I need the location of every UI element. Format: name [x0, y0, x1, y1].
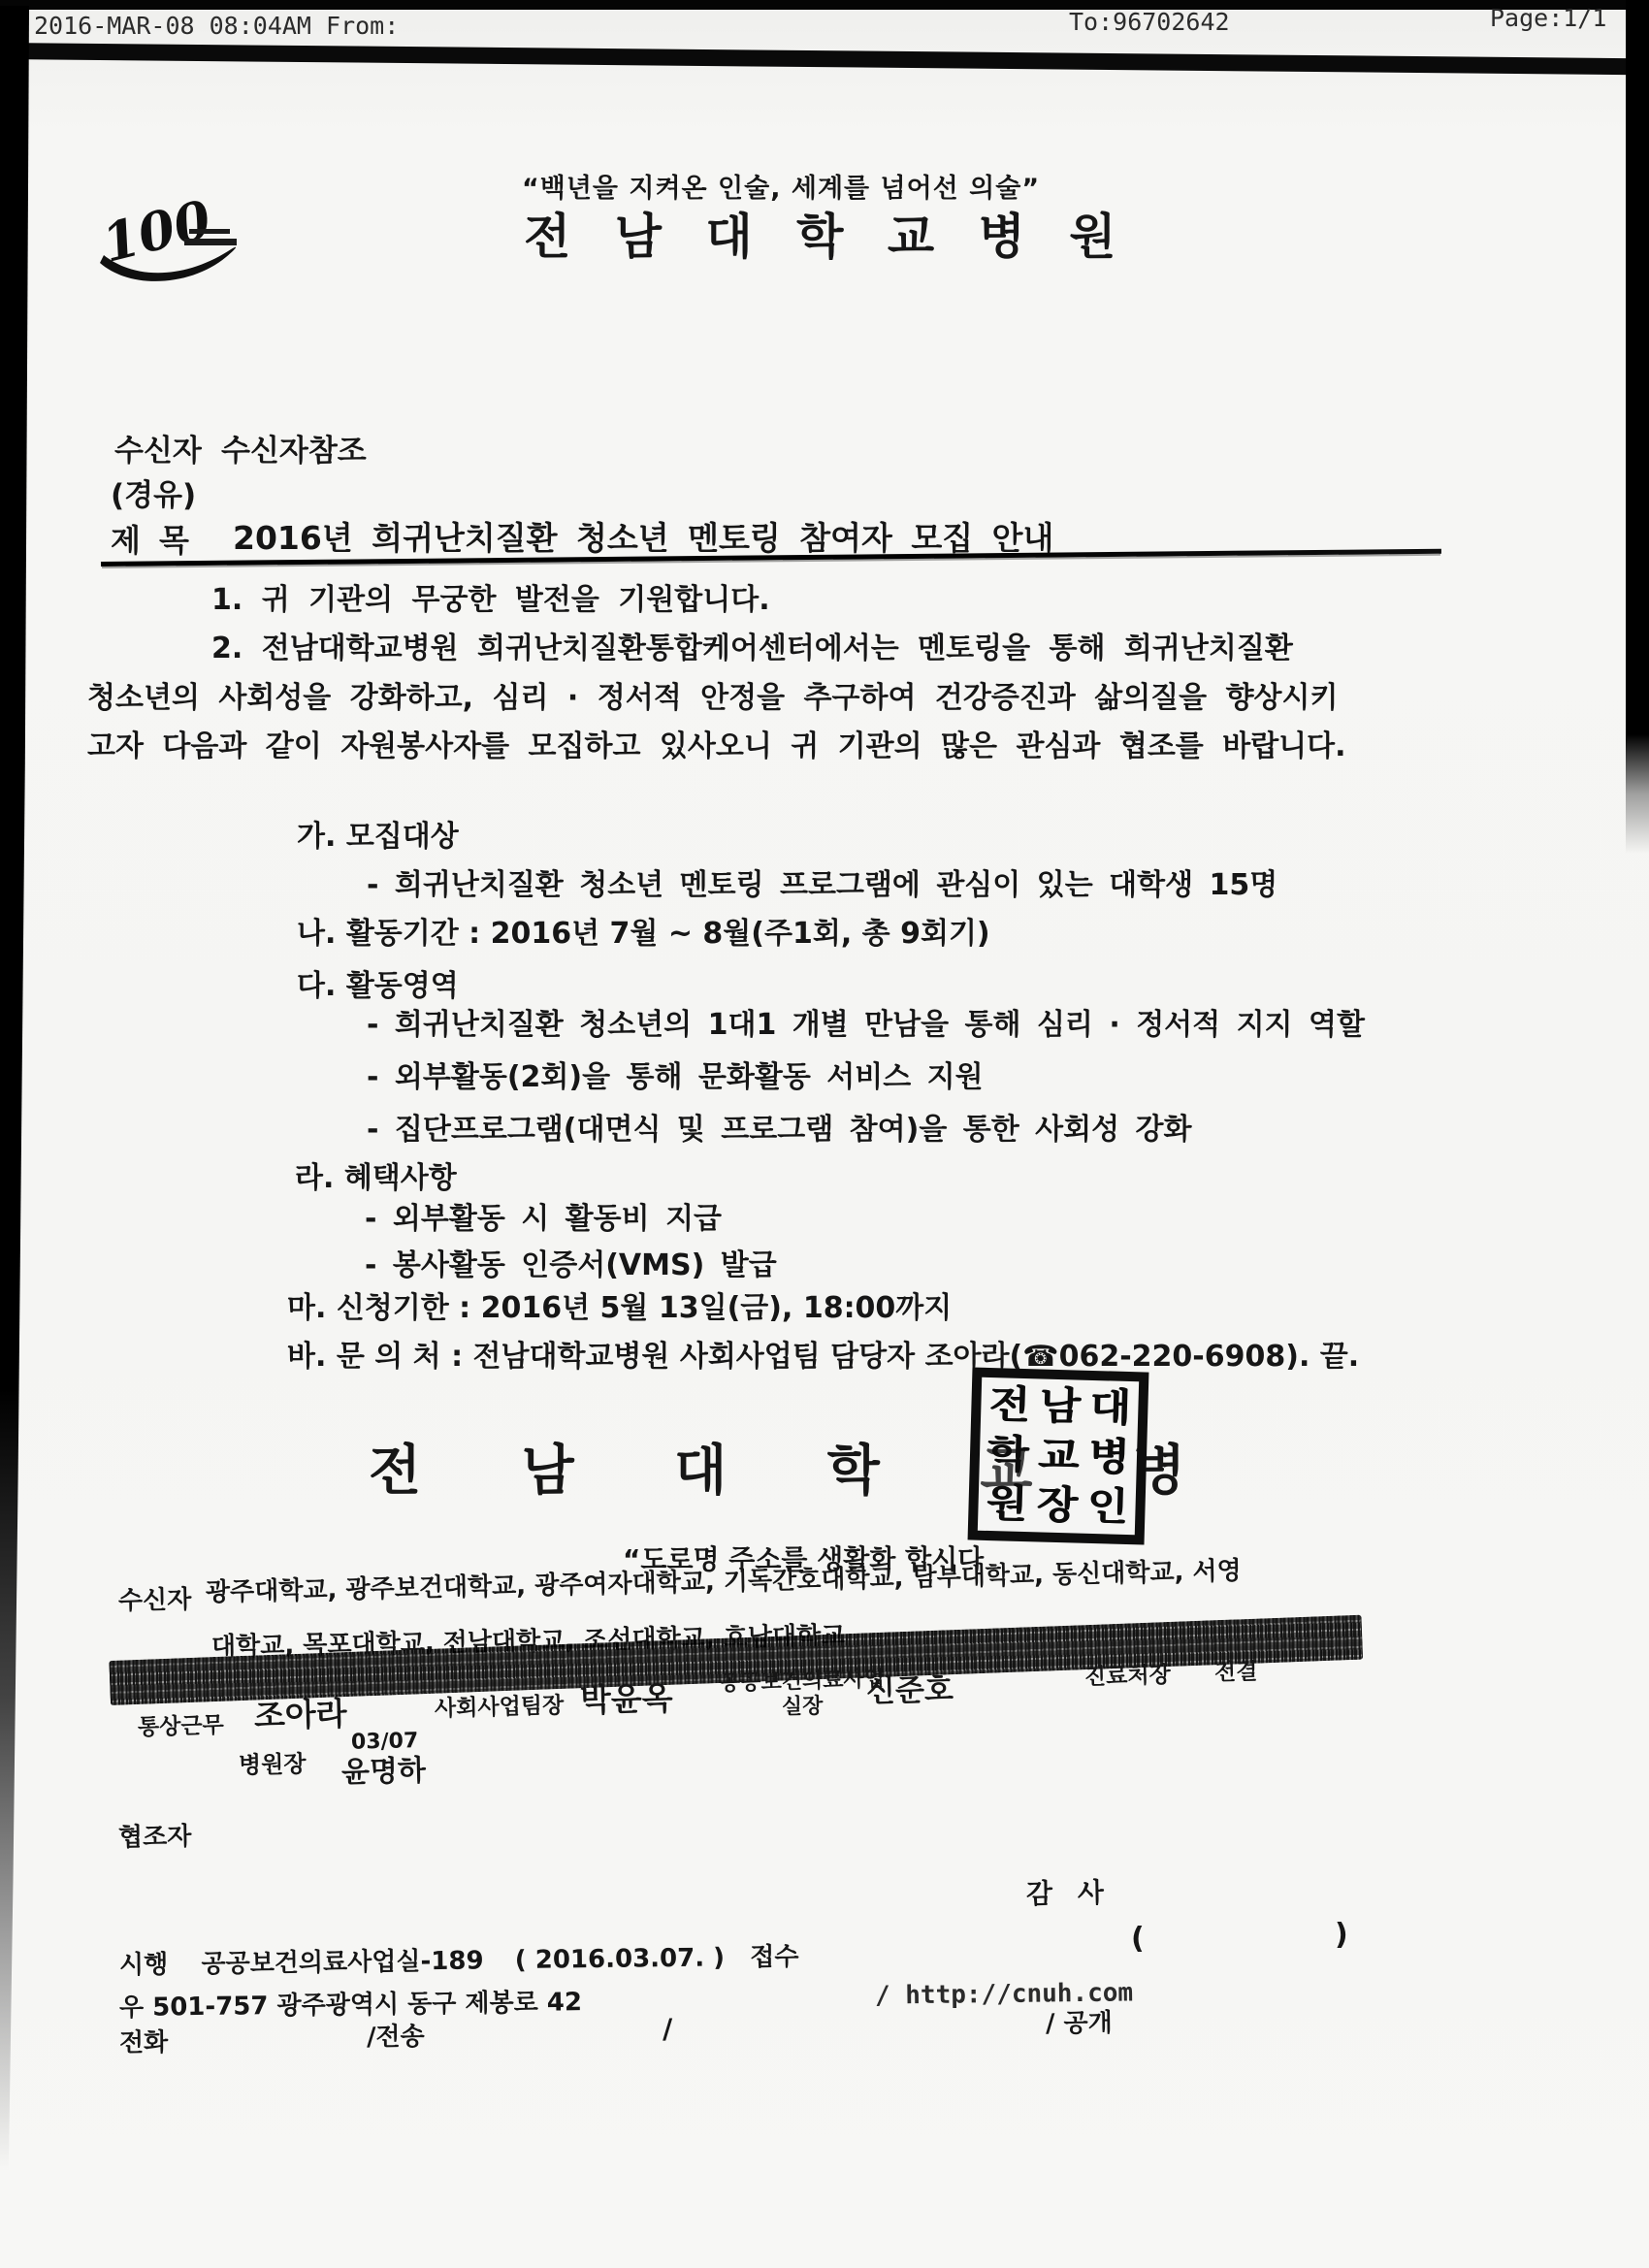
seal-char: 병 [1081, 1432, 1137, 1482]
action-receipt-label: 접수 [750, 1942, 799, 1972]
list-item-na: 나. 활동기간 : 2016년 7월 ~ 8월(주1회, 총 9회기) [297, 918, 990, 951]
approval-title-3-line-1: 공공보건의료사업 [720, 1669, 886, 1697]
approval-title-1: 통상근무 [138, 1714, 225, 1741]
logo-small-text-line-2 [184, 239, 237, 245]
action-line: 시행 공공보건의료사업실-189 ( 2016.03.07. ) 접수 [119, 1943, 799, 1980]
director-date: 03/07 [351, 1730, 419, 1755]
fax-recipient-number: To:96702642 [1069, 9, 1230, 36]
scan-top-edge [0, 0, 1649, 10]
approval-name-4: 전결 [1214, 1660, 1258, 1686]
body-paragraph-2-line-2: 청소년의 사회성을 강화하고, 심리 · 정서적 안정을 추구하여 건강증진과 … [87, 682, 1339, 715]
scanned-fax-document: 2016-MAR-08 08:04AM From: To:96702642 Pa… [0, 0, 1649, 2268]
middle-slash: / [663, 2014, 673, 2044]
blank-paren-open: ( [1131, 1923, 1145, 1956]
subject-value: 2016년 희귀난치질환 청소년 멘토링 참여자 모집 안내 [233, 521, 1053, 557]
list-item-ra-sub-1: - 외부활동 시 활동비 지급 [365, 1203, 722, 1236]
centennial-100-logo: 100 [92, 197, 247, 299]
disclosure-label: / 공개 [1046, 2010, 1113, 2039]
hospital-slogan: “백년을 지켜온 인술, 세계를 넘어선 의술” [522, 175, 1040, 204]
approval-title-4: 진료처장 [1084, 1664, 1172, 1691]
action-label: 시행 [119, 1950, 169, 1980]
phone-label: 전화 [119, 2029, 168, 2058]
director-name: 윤명하 [341, 1755, 427, 1790]
approval-name-1: 조아라 [254, 1697, 348, 1734]
body-paragraph-2-line-3: 고자 다음과 같이 자원봉사자를 모집하고 있사오니 귀 기관의 많은 관심과 … [87, 730, 1346, 763]
approval-title-3-line-2: 실장 [782, 1695, 824, 1720]
list-item-da-sub-3: - 집단프로그램(대면식 및 프로그램 참여)을 통한 사회성 강화 [367, 1114, 1192, 1147]
postal-address: 우 501-757 광주광역시 동구 제봉로 42 [119, 1989, 582, 2023]
logo-small-text-line-1 [189, 229, 230, 234]
list-item-ba: 바. 문 의 처 : 전남대학교병원 사회사업팀 담당자 조아라(☎062-22… [287, 1341, 1359, 1374]
recipient-label: 수신자 [114, 435, 202, 469]
body-paragraph-1: 1. 귀 기관의 무궁한 발전을 기원합니다. [211, 584, 770, 617]
scan-right-edge [1626, 0, 1649, 854]
seal-char: 인 [1080, 1481, 1136, 1532]
approval-name-2: 박윤옥 [580, 1681, 674, 1719]
official-seal-stamp: 전 남 대 학 교 병 원 장 인 [968, 1367, 1149, 1544]
scan-left-edge [0, 6, 29, 2237]
fax-page-count: Page:1/1 [1490, 5, 1606, 32]
via-line: (경유) [111, 479, 196, 513]
body-paragraph-2-line-1: 2. 전남대학교병원 희귀난치질환통합케어센터에서는 멘토링을 통해 희귀난치질… [211, 632, 1293, 665]
cooperator-label: 협조자 [118, 1823, 192, 1852]
list-item-ra: 라. 혜택사항 [295, 1162, 457, 1195]
seal-char: 남 [1032, 1381, 1088, 1432]
blank-paren-close: ) [1335, 1919, 1348, 1952]
list-item-da-sub-1: - 희귀난치질환 청소년의 1대1 개별 만남을 통해 심리 · 정서적 지지 … [367, 1009, 1365, 1042]
recipient-value: 수신자참조 [221, 435, 367, 469]
hospital-name: 전 남 대 학 교 병 원 [524, 210, 1130, 264]
seal-char: 원 [979, 1478, 1035, 1529]
action-doc-number: 공공보건의료사업실-189 [201, 1946, 483, 1979]
list-item-ga-sub-1: - 희귀난치질환 청소년 멘토링 프로그램에 관심이 있는 대학생 15명 [367, 869, 1277, 902]
list-item-da: 다. 활동영역 [297, 970, 459, 1003]
director-label: 병원장 [239, 1751, 307, 1778]
subject-label: 제 목 [111, 524, 193, 559]
logo-100-text: 100 [96, 197, 217, 275]
list-item-da-sub-2: - 외부활동(2회)을 통해 문화활동 서비스 지원 [367, 1061, 984, 1094]
approval-name-3: 신준호 [866, 1673, 954, 1709]
audit-label: 감 사 [1026, 1877, 1112, 1909]
seal-char: 대 [1083, 1383, 1139, 1434]
seal-char: 전 [982, 1380, 1038, 1431]
list-item-ra-sub-2: - 봉사활동 인증서(VMS) 발급 [365, 1249, 777, 1282]
seal-char: 장 [1029, 1480, 1085, 1531]
fax-label: /전송 [367, 2024, 425, 2053]
seal-char: 교 [1030, 1431, 1086, 1481]
scan-paper-edge-band [0, 43, 1649, 75]
approval-title-2: 사회사업팀장 [435, 1694, 565, 1722]
list-item-ga: 가. 모집대상 [297, 821, 459, 854]
list-item-ma: 마. 신청기한 : 2016년 5월 13일(금), 18:00까지 [287, 1292, 952, 1325]
fax-timestamp: 2016-MAR-08 08:04AM From: [34, 13, 399, 40]
action-date: ( 2016.03.07. ) [515, 1943, 726, 1975]
footer-recipients-label: 수신자 [118, 1586, 192, 1616]
seal-char: 학 [980, 1429, 1036, 1479]
website-url: / http://cnuh.com [875, 1979, 1133, 2010]
